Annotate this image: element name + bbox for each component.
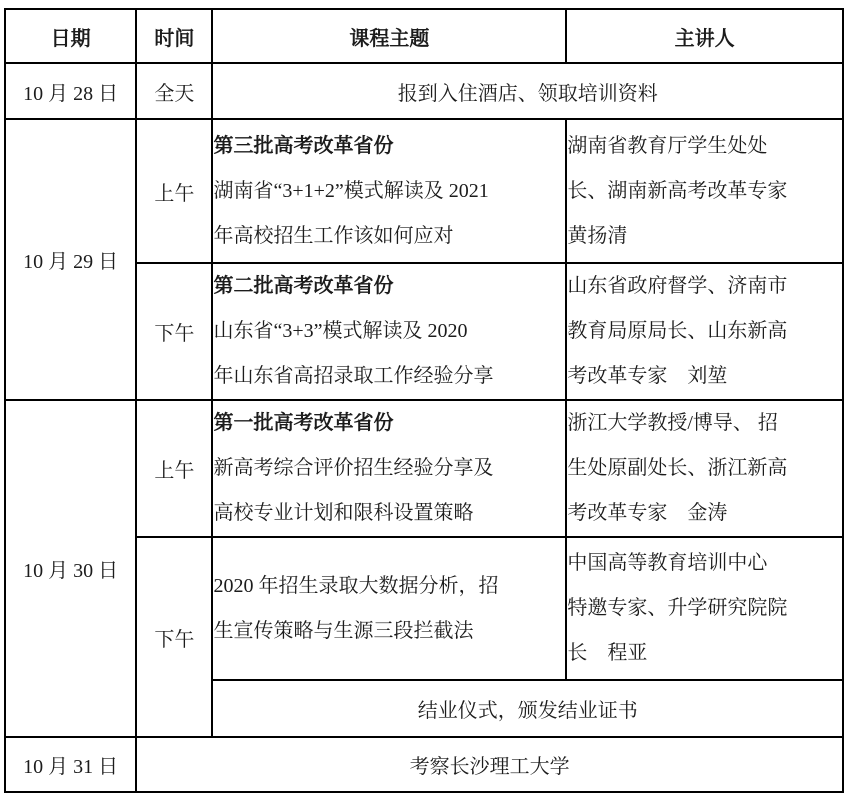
oct29-afternoon-speaker-cell: 山东省政府督学、济南市 教育局原局长、山东新高 考改革专家 刘堃 [566,263,843,400]
oct29-morning-speaker: 湖南省教育厅学生处处 长、湖南新高考改革专家 黄扬清 [567,124,842,259]
oct30-afternoon-topic-body: 2020 年招生录取大数据分析，招 生宣传策略与生源三段拦截法 [213,564,565,654]
oct29-afternoon-topic-body: 山东省“3+3”模式解读及 2020 年山东省高招录取工作经验分享 [213,309,565,399]
oct29-afternoon-topic-title: 第二批高考改革省份 [213,264,565,309]
oct30-date-cell: 10 月 30 日 [5,400,136,737]
row-oct28: 10 月 28 日 全天 报到入住酒店、领取培训资料 [5,63,843,119]
oct28-time-cell: 全天 [136,63,212,119]
oct30-afternoon-speaker-cell: 中国高等教育培训中心 特邀专家、升学研究院院 长 程亚 [566,537,843,680]
oct29-morning-topic-cell: 第三批高考改革省份 湖南省“3+1+2”模式解读及 2021 年高校招生工作该如… [212,119,566,263]
row-oct29-morning: 10 月 29 日 上午 第三批高考改革省份 湖南省“3+1+2”模式解读及 2… [5,119,843,263]
header-speaker: 主讲人 [566,9,843,63]
oct28-content-cell: 报到入住酒店、领取培训资料 [212,63,843,119]
row-oct30-morning: 10 月 30 日 上午 第一批高考改革省份 新高考综合评价招生经验分享及 高校… [5,400,843,537]
header-time: 时间 [136,9,212,63]
header-row: 日期 时间 课程主题 主讲人 [5,9,843,63]
oct30-afternoon-time-cell: 下午 [136,537,212,737]
oct30-closing-cell: 结业仪式，颁发结业证书 [212,680,843,737]
oct29-afternoon-topic-cell: 第二批高考改革省份 山东省“3+3”模式解读及 2020 年山东省高招录取工作经… [212,263,566,400]
oct29-afternoon-speaker: 山东省政府督学、济南市 教育局原局长、山东新高 考改革专家 刘堃 [567,264,842,399]
oct30-morning-topic-body: 新高考综合评价招生经验分享及 高校专业计划和限科设置策略 [213,446,565,536]
header-date: 日期 [5,9,136,63]
oct31-date-cell: 10 月 31 日 [5,737,136,792]
header-topic: 课程主题 [212,9,566,63]
oct30-morning-time-cell: 上午 [136,400,212,537]
oct29-morning-speaker-cell: 湖南省教育厅学生处处 长、湖南新高考改革专家 黄扬清 [566,119,843,263]
oct30-morning-speaker: 浙江大学教授/博导、 招 生处原副处长、浙江新高 考改革专家 金涛 [567,401,842,536]
training-schedule-table: 日期 时间 课程主题 主讲人 10 月 28 日 全天 报到入住酒店、领取培训资… [4,8,844,793]
oct30-morning-speaker-cell: 浙江大学教授/博导、 招 生处原副处长、浙江新高 考改革专家 金涛 [566,400,843,537]
oct28-date-cell: 10 月 28 日 [5,63,136,119]
oct29-date-cell: 10 月 29 日 [5,119,136,400]
oct30-morning-topic-title: 第一批高考改革省份 [213,401,565,446]
oct30-afternoon-speaker: 中国高等教育培训中心 特邀专家、升学研究院院 长 程亚 [567,541,842,676]
oct31-content-cell: 考察长沙理工大学 [136,737,843,792]
oct29-morning-time-cell: 上午 [136,119,212,263]
oct29-morning-topic-title: 第三批高考改革省份 [213,124,565,169]
oct30-afternoon-topic-cell: 2020 年招生录取大数据分析，招 生宣传策略与生源三段拦截法 [212,537,566,680]
oct30-morning-topic-cell: 第一批高考改革省份 新高考综合评价招生经验分享及 高校专业计划和限科设置策略 [212,400,566,537]
oct29-morning-topic-body: 湖南省“3+1+2”模式解读及 2021 年高校招生工作该如何应对 [213,169,565,259]
oct29-afternoon-time-cell: 下午 [136,263,212,400]
row-oct31: 10 月 31 日 考察长沙理工大学 [5,737,843,792]
